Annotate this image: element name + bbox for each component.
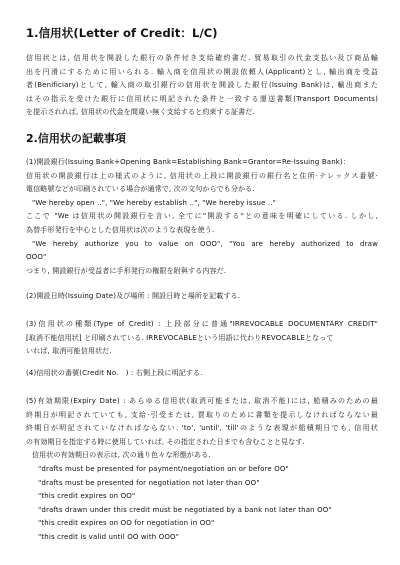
item-4-line: (4)信用状の番號(Credit No. ) : 右側上段に明記する. [26,367,378,381]
item-5-line: (5)有効期限(Expiry Date) : あらゆる信用状(取消可能または, … [26,395,378,409]
item-5-line: 信用状の有効期日の表示は, 次の通り色々な形態がある. [26,449,378,463]
item-1-issuing-bank: (1)開設銀行(Issuing Bank+Opening Bank=Establ… [26,156,378,278]
expiry-example: "this credit expires on OO" [26,490,378,504]
item-1-line: 電信略號などが印刷されている場合が通常で, 次の文句からでも分かる. [26,183,378,197]
item-4-credit-no: (4)信用状の番號(Credit No. ) : 右側上段に明記する. [26,367,378,381]
item-3-line: (3)信用状の種類(Type of Credit) : 上段部分に普通"IRRE… [26,318,378,332]
item-5-expiry-date: (5)有効期限(Expiry Date) : あらゆる信用状(取消可能または, … [26,395,378,545]
item-5-line: 終期日が明記されていても, 支給·引受または, 買取りのために書類を提示しなけれ… [26,409,378,423]
section-2-title: 2.信用状の記載事項 [26,130,126,146]
item-1-line: 為替手形発行を中心とした信用状は次のような表現を使う. [26,224,378,238]
expiry-example: "drafts must be presented for payment/ne… [26,463,378,477]
item-5-line: の有効期日を指定する時に使用していれば, その指定された日までも含むことと見なす… [26,436,378,450]
intro-paragraph: 信用状とは, 信用状を開設した銀行の条件付き支給確約書だ. 貿易取引の代金支払い… [26,52,378,120]
expiry-example: "drafts must be presented for negotiatio… [26,477,378,491]
expiry-example: "this credit expires on OO for negotiati… [26,517,378,531]
expiry-example: "drafts drawn under this credit must be … [26,504,378,518]
intro-line: 出を円滑にするために用いられる. 輸入商を信用状の開設依頼人(Applicant… [26,66,378,80]
item-1-line: ここで "We は信用状の開設銀行を言い, 全てに"開設する"との意味を明確にし… [26,210,378,224]
item-2-issuing-date: (2)開設日時(Issuing Date)及び場所 : 開設日時と場所を記載する… [26,290,378,304]
item-1-quote: "We hereby open ..", "We hereby establis… [26,197,378,211]
item-1-quote-cont: OOO" [26,251,378,265]
item-2-line: (2)開設日時(Issuing Date)及び場所 : 開設日時と場所を記載する… [26,290,378,304]
item-3-line: [取消不能信用状] と印刷されている. IRREVOCABLEという用語に代わり… [26,332,378,346]
document-page: 1.信用状(Letter of Credit：L/C) 信用状とは, 信用状を開… [0,0,400,565]
expiry-example: "this credit is valid until OO with OOO" [26,531,378,545]
item-3-line: いれば, 取消可能信用状だ. [26,345,378,359]
item-1-quote: "We hereby authorize you to value on OOO… [26,238,378,252]
item-1-line: 信用状の開設銀行は上の様式のように, 信用状の上段に開設銀行の銀行名と住所·テレ… [26,170,378,184]
item-1-line: つまり, 開設銀行が受益者に手形発行の権限を附與する内容だ. [26,265,378,279]
intro-line: はその指示を受けた銀行に信用状に明記された条件と一致する運送書類(Transpo… [26,93,378,107]
intro-line: 信用状とは, 信用状を開設した銀行の条件付き支給確約書だ. 貿易取引の代金支払い… [26,52,378,66]
item-3-type-of-credit: (3)信用状の種類(Type of Credit) : 上段部分に普通"IRRE… [26,318,378,359]
item-5-line: 終期日が明記されていなければならない. 'to', 'until', 'till… [26,422,378,436]
intro-line: 者(Benificiary)として, 輸入商の取引銀行の信用状を開設した銀行(I… [26,79,378,93]
section-1-title: 1.信用状(Letter of Credit：L/C) [26,25,218,41]
item-1-heading: (1)開設銀行(Issuing Bank+Opening Bank=Establ… [26,156,378,170]
intro-line: を提示されれば, 信用状の代金を間違い無く支給すると約束する証書だ. [26,106,378,120]
